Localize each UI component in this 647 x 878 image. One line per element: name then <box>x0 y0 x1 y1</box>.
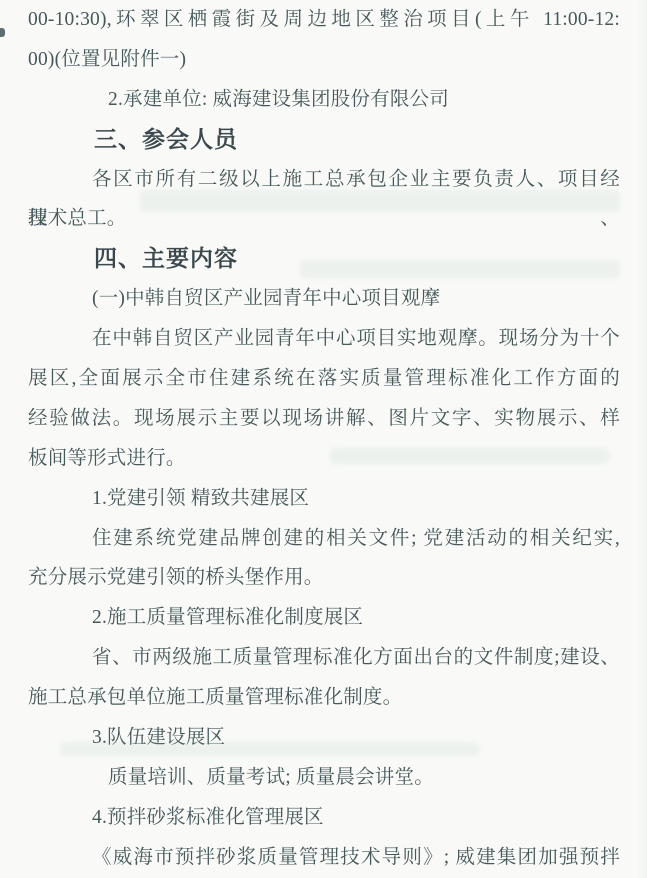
list-item-zone-4: 4.预拌砂浆标准化管理展区 <box>28 798 620 838</box>
document-page: 00-10:30),环翠区栖霞街及周边地区整治项目(上午 11:00-12: 0… <box>0 0 647 878</box>
doc-line-contractor: 2.承建单位: 威海建设集团股份有限公司 <box>28 80 620 120</box>
doc-line-zone-1-desc: 住建系统党建品牌创建的相关文件; 党建活动的相关纪实, <box>28 519 620 559</box>
scan-edge-shading <box>637 0 647 878</box>
doc-line-zone-2-desc-continued: 施工总承包单位施工质量管理标准化制度。 <box>28 678 620 718</box>
doc-line-schedule-continued: 00-10:30),环翠区栖霞街及周边地区整治项目(上午 11:00-12: <box>28 0 620 40</box>
scan-speck-artifact <box>0 28 5 37</box>
doc-line-zone-4-desc: 《威海市预拌砂浆质量管理技术导则》; 威建集团加强预拌 <box>28 838 620 878</box>
doc-line-zone-1-desc-continued: 充分展示党建引领的桥头堡作用。 <box>28 558 620 598</box>
doc-line-tour-intro: 在中韩自贸区产业园青年中心项目实地观摩。现场分为十个 <box>28 319 620 359</box>
doc-line-zone-3-desc: 质量培训、质量考试; 质量晨会讲堂。 <box>28 758 620 798</box>
section-heading-attendees: 三、参会人员 <box>28 120 620 160</box>
doc-line-attendees: 各区市所有二级以上施工总承包企业主要负责人、项目经理、 <box>28 160 620 200</box>
list-item-zone-3: 3.队伍建设展区 <box>28 718 620 758</box>
doc-line-tour-intro-end: 板间等形式进行。 <box>28 439 620 479</box>
doc-line-location-note: 00)(位置见附件一) <box>28 40 620 80</box>
subsection-heading-project-tour: (一)中韩自贸区产业园青年中心项目观摩 <box>28 279 620 319</box>
doc-line-tour-intro-continued: 展区,全面展示全市住建系统在落实质量管理标准化工作方面的 <box>28 359 620 399</box>
section-heading-main-content: 四、主要内容 <box>28 239 620 279</box>
list-item-zone-1: 1.党建引领 精致共建展区 <box>28 479 620 519</box>
doc-line-tour-intro-continued-2: 经验做法。现场展示主要以现场讲解、图片文字、实物展示、样 <box>28 399 620 439</box>
list-item-zone-2: 2.施工质量管理标准化制度展区 <box>28 598 620 638</box>
doc-line-zone-2-desc: 省、市两级施工质量管理标准化方面出台的文件制度;建设、 <box>28 638 620 678</box>
